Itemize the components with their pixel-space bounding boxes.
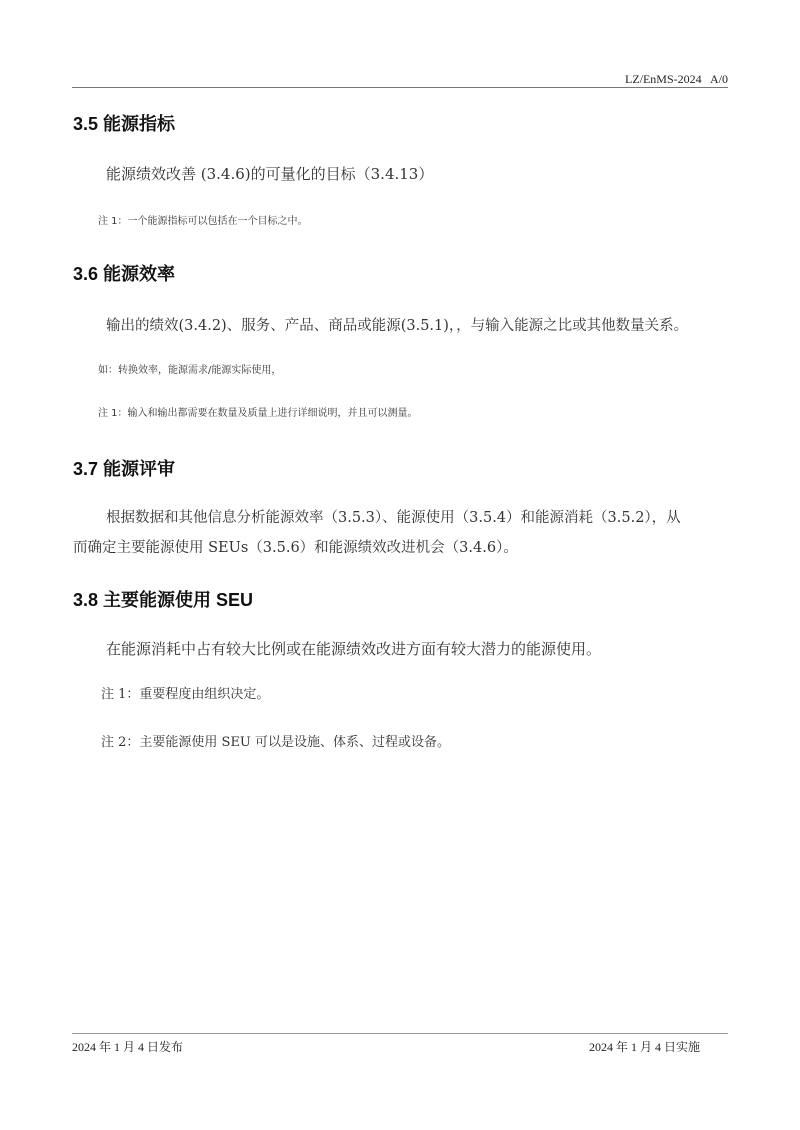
section-note-3-8-2: 注 2：主要能源使用 SEU 可以是设施、体系、过程或设备。 [101,731,450,750]
footer-divider [72,1033,728,1034]
section-body-3-8: 在能源消耗中占有较大比例或在能源绩效改进方面有较大潜力的能源使用。 [106,638,601,659]
section-body-3-5: 能源绩效改善 (3.4.6)的可量化的目标（3.4.13） [106,163,433,184]
document-code: LZ/EnMS-2024 A/0 [625,72,728,87]
section-body-3-7-line-1: 根据数据和其他信息分析能源效率（3.5.3）、能源使用（3.5.4）和能源消耗（… [106,506,681,527]
section-body-3-7-line-2: 而确定主要能源使用 SEUs（3.5.6）和能源绩效改进机会（3.4.6）。 [73,536,518,557]
section-heading-3-8: 3.8 主要能源使用 SEU [73,586,253,612]
publish-date: 2024 年 1 月 4 日发布 [72,1038,183,1055]
header-divider [72,87,728,88]
section-note-3-5-1: 注 1：一个能源指标可以包括在一个目标之中。 [98,212,308,227]
section-heading-3-6: 3.6 能源效率 [73,260,175,286]
section-body-3-6: 输出的绩效(3.4.2)、服务、产品、商品或能源(3.5.1)，，与输入能源之比… [106,314,688,335]
section-heading-3-5: 3.5 能源指标 [73,110,175,136]
section-note-3-6-1: 注 1：输入和输出都需要在数量及质量上进行详细说明，并且可以测量。 [98,404,418,419]
section-example-3-6: 如：转换效率，能源需求/能源实际使用， [98,361,281,376]
section-heading-3-7: 3.7 能源评审 [73,455,175,481]
section-note-3-8-1: 注 1：重要程度由组织决定。 [101,683,269,702]
effective-date: 2024 年 1 月 4 日实施 [589,1038,700,1055]
